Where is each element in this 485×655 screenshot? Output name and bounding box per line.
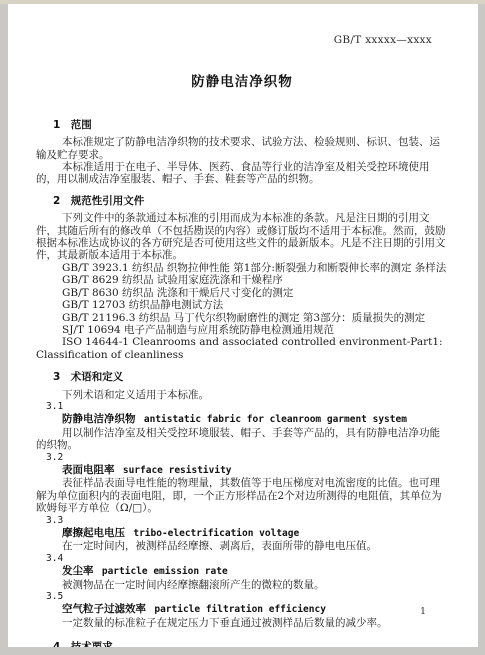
term-chinese: 防静电洁净织物 xyxy=(62,413,136,425)
document-viewer: { "doc": { "standard_code": "GB/T xxxxx—… xyxy=(0,0,485,655)
term-english: tribo-electrification voltage xyxy=(133,528,299,539)
term-definition: 表征样品表面导电性能的物理量，其数值等于电压梯度对电流密度的比值。也可理解为单位… xyxy=(36,477,448,514)
reference-item: SJ/T 10694 电子产品制造与应用系统防静电检测通用规范 xyxy=(36,324,448,336)
term-block-3-2: 3.2 表面电阻率 surface resistivity 表征样品表面导电性能… xyxy=(36,452,448,515)
section-1-paragraph-2: 本标准适用于在电子、半导体、医药、食品等行业的洁净室及相关受控环境使用的，用以制… xyxy=(36,161,448,186)
section-1-paragraph-1: 本标准规定了防静电洁净织物的技术要求、试验方法、检验规则、标识、包装、运输及贮存… xyxy=(36,136,448,161)
reference-item: ISO 14644-1 Cleanrooms and associated co… xyxy=(36,336,448,361)
reference-item: GB/T 12703 纺织品静电测试方法 xyxy=(36,299,448,311)
term-chinese: 发尘率 xyxy=(62,565,94,577)
reference-item: GB/T 8629 纺织品 试验用家庭洗涤和干燥程序 xyxy=(36,274,448,286)
term-block-3-1: 3.1 防静电洁净织物 antistatic fabric for cleanr… xyxy=(36,401,448,452)
term-english: particle filtration efficiency xyxy=(154,604,326,615)
term-english: surface resistivity xyxy=(123,465,232,476)
term-line: 空气粒子过滤效率 particle filtration efficiency xyxy=(62,603,448,616)
section-4-heading: 4 技术要求 xyxy=(53,641,448,647)
term-definition: 被测物品在一定时间内经摩擦翻滚所产生的微粒的数量。 xyxy=(36,579,448,591)
term-definition: 在一定时间内，被测样品经摩擦、剥离后，表面所带的静电电压值。 xyxy=(36,540,448,552)
term-block-3-5: 3.5 空气粒子过滤效率 particle filtration efficie… xyxy=(36,591,448,629)
term-number: 3.5 xyxy=(46,591,448,603)
page-content: GB/T xxxxx—xxxx 防静电洁净织物 1 范围 本标准规定了防静电洁净… xyxy=(8,34,478,647)
term-number: 3.2 xyxy=(46,452,448,464)
page-number: 1 xyxy=(420,606,426,617)
term-block-3-3: 3.3 摩擦起电电压 tribo-electrification voltage… xyxy=(36,515,448,553)
term-number: 3.1 xyxy=(46,401,448,413)
reference-item: GB/T 3923.1 纺织品 织物拉伸性能 第1部分:断裂强力和断裂伸长率的测… xyxy=(36,262,448,274)
term-line: 表面电阻率 surface resistivity xyxy=(62,464,448,477)
term-line: 发尘率 particle emission rate xyxy=(62,565,448,578)
term-definition: 一定数量的标准粒子在规定压力下垂直通过被测样品后数量的减少率。 xyxy=(36,617,448,629)
term-english: particle emission rate xyxy=(102,566,228,577)
normative-references-list: GB/T 3923.1 纺织品 织物拉伸性能 第1部分:断裂强力和断裂伸长率的测… xyxy=(36,262,448,361)
section-3-heading: 3 术语和定义 xyxy=(53,371,448,383)
term-number: 3.4 xyxy=(46,553,448,565)
term-chinese: 表面电阻率 xyxy=(62,464,115,476)
term-definition: 用以制作洁净室及相关受控环境服装、帽子、手套等产品的，具有防静电洁净功能的织物。 xyxy=(36,427,448,452)
reference-item: GB/T 21196.3 纺织品 马丁代尔织物耐磨性的测定 第3部分：质量损失的… xyxy=(36,312,448,324)
term-line: 摩擦起电电压 tribo-electrification voltage xyxy=(62,527,448,540)
document-page: GB/T xxxxx—xxxx 防静电洁净织物 1 范围 本标准规定了防静电洁净… xyxy=(8,4,478,647)
section-1-heading: 1 范围 xyxy=(53,119,448,131)
term-chinese: 摩擦起电电压 xyxy=(62,527,125,539)
term-english: antistatic fabric for cleanroom garment … xyxy=(144,414,407,425)
term-line: 防静电洁净织物 antistatic fabric for cleanroom … xyxy=(62,413,448,426)
term-block-3-4: 3.4 发尘率 particle emission rate 被测物品在一定时间… xyxy=(36,553,448,591)
document-title: 防静电洁净织物 xyxy=(36,76,448,88)
term-chinese: 空气粒子过滤效率 xyxy=(62,603,146,615)
reference-item: GB/T 8630 纺织品 洗涤和干燥后尺寸变化的测定 xyxy=(36,287,448,299)
section-3-intro: 下列术语和定义适用于本标准。 xyxy=(36,389,448,401)
term-number: 3.3 xyxy=(46,515,448,527)
section-2-intro: 下列文件中的条款通过本标准的引用而成为本标准的条款。凡是注日期的引用文件，其随后… xyxy=(36,212,448,262)
section-2-heading: 2 规范性引用文件 xyxy=(53,195,448,207)
standard-code-header: GB/T xxxxx—xxxx xyxy=(36,34,448,46)
